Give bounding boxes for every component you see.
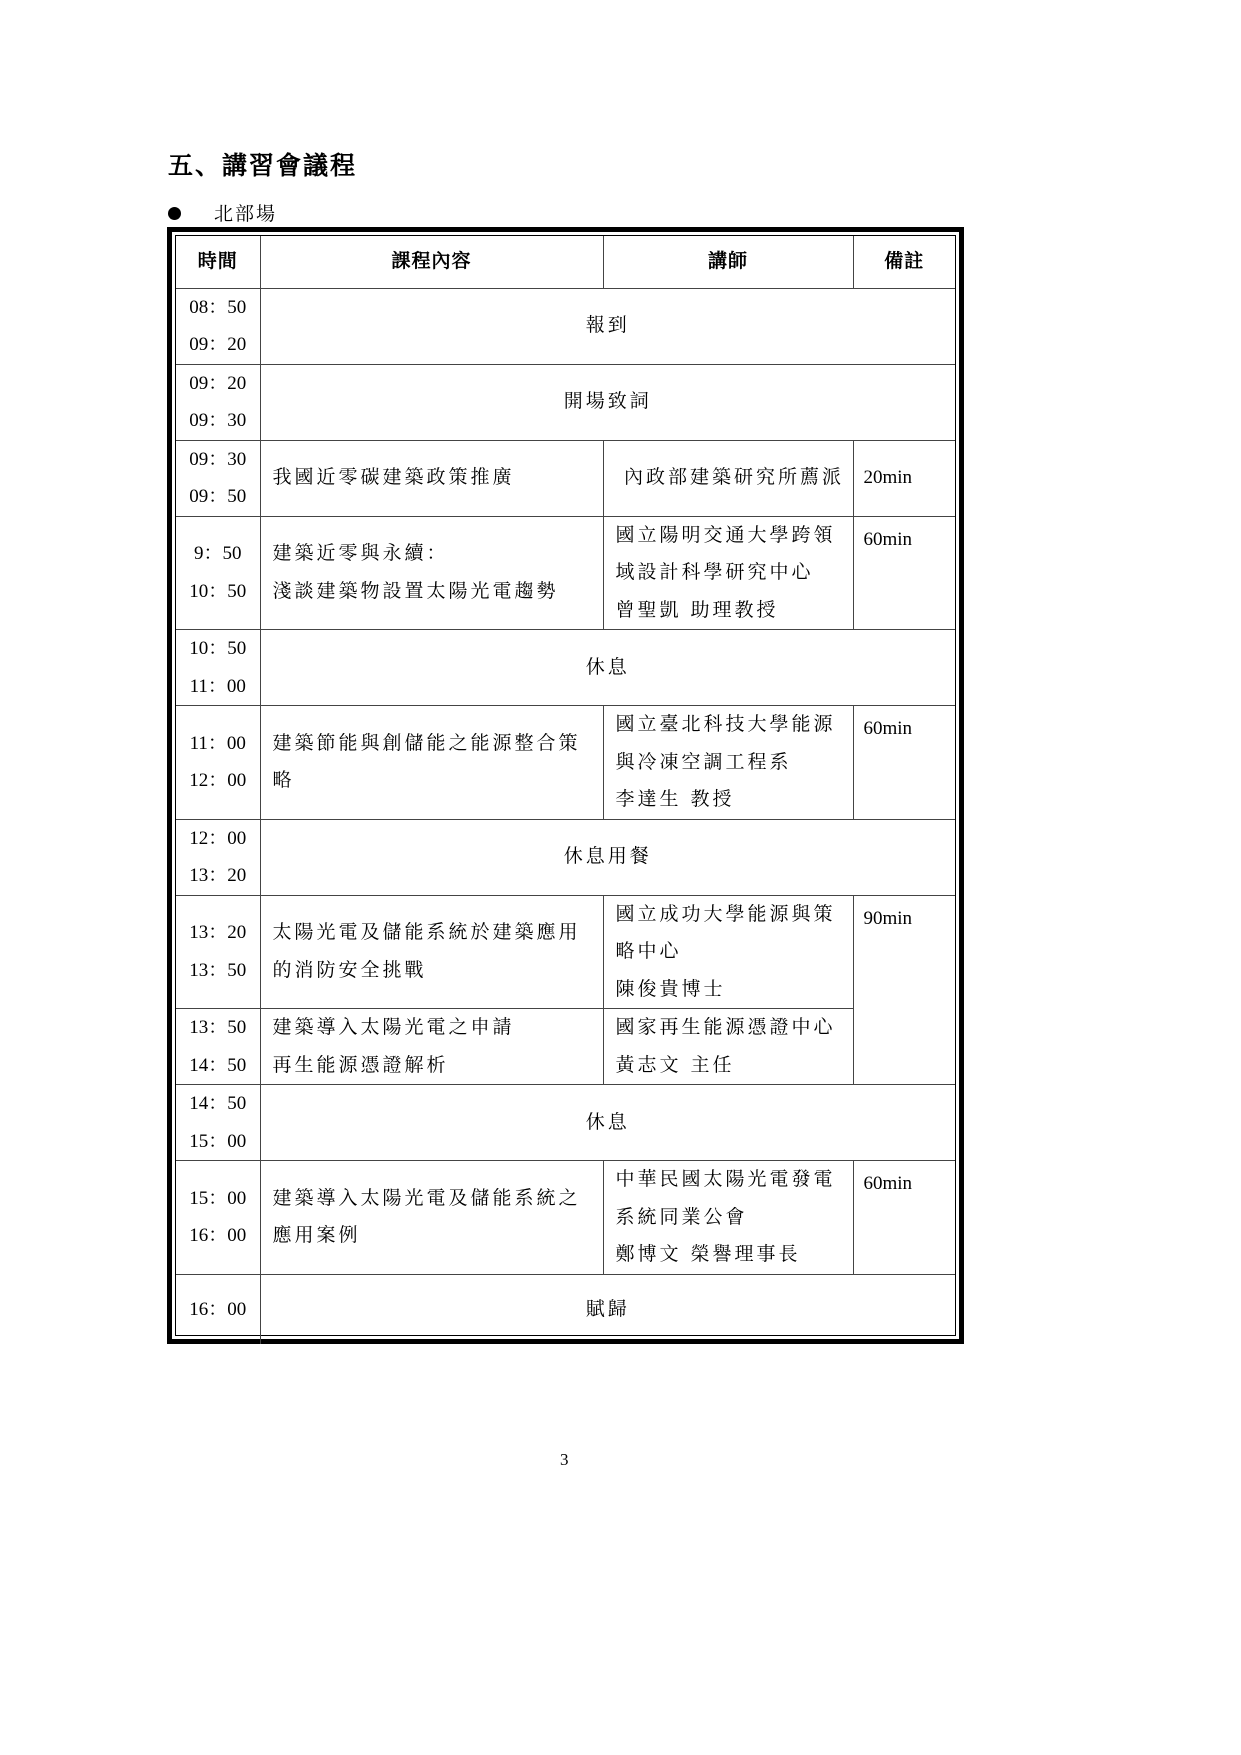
start-time: 13：50 (176, 1009, 260, 1047)
end-time: 12：00 (176, 762, 260, 800)
note-cell: 90min (853, 895, 955, 1085)
start-time: 16：00 (176, 1291, 260, 1329)
course-line: 我國近零碳建築政策推廣 (273, 459, 603, 497)
time-cell: 09：20 09：30 (176, 364, 260, 440)
speaker-line: 李達生 教授 (616, 781, 853, 819)
course-content-cell: 建築導入太陽光電之申請 再生能源憑證解析 (260, 1009, 603, 1085)
speaker-line: 國立臺北科技大學能源 (616, 706, 853, 744)
speaker-line: 國家再生能源憑證中心 (616, 1009, 853, 1047)
note-cell: 60min (853, 706, 955, 820)
table-row: 16：00 賦歸 (176, 1274, 955, 1344)
end-time: 14：50 (176, 1047, 260, 1085)
header-speaker: 講師 (603, 236, 853, 288)
speaker-line: 曾聖凱 助理教授 (616, 592, 853, 630)
course-line: 建築近零與永續： (273, 535, 603, 573)
time-cell: 10：50 11：00 (176, 630, 260, 706)
course-content-cell: 我國近零碳建築政策推廣 (260, 440, 603, 516)
time-cell: 14：50 15：00 (176, 1085, 260, 1161)
course-line: 建築節能與創儲能之能源整合策 (273, 725, 603, 763)
course-line: 建築導入太陽光電及儲能系統之 (273, 1180, 603, 1218)
activity-cell: 休息 (260, 630, 955, 706)
speaker-cell: 內政部建築研究所薦派 (603, 440, 853, 516)
end-time: 13：20 (176, 857, 260, 895)
activity-cell: 報到 (260, 288, 955, 364)
course-line: 淺談建築物設置太陽光電趨勢 (273, 573, 603, 611)
table-row: 13：50 14：50 建築導入太陽光電之申請 再生能源憑證解析 國家再生能源憑… (176, 1009, 955, 1085)
course-content-cell: 建築節能與創儲能之能源整合策 略 (260, 706, 603, 820)
table-row: 15：00 16：00 建築導入太陽光電及儲能系統之 應用案例 中華民國太陽光電… (176, 1161, 955, 1275)
table-row: 09：30 09：50 我國近零碳建築政策推廣 內政部建築研究所薦派 20min (176, 440, 955, 516)
speaker-line: 黃志文 主任 (616, 1047, 853, 1085)
start-time: 14：50 (176, 1085, 260, 1123)
table-row: 13：20 13：50 太陽光電及儲能系統於建築應用 的消防安全挑戰 國立成功大… (176, 895, 955, 1009)
end-time: 11：00 (176, 668, 260, 706)
activity-cell: 開場致詞 (260, 364, 955, 440)
table-row: 10：50 11：00 休息 (176, 630, 955, 706)
time-cell: 13：50 14：50 (176, 1009, 260, 1085)
course-line: 略 (273, 762, 603, 800)
speaker-cell: 中華民國太陽光電發電 系統同業公會 鄭博文 榮譽理事長 (603, 1161, 853, 1275)
time-cell: 13：20 13：50 (176, 895, 260, 1009)
course-line: 建築導入太陽光電之申請 (273, 1009, 603, 1047)
page-number: 3 (560, 1450, 569, 1470)
start-time: 13：20 (176, 914, 260, 952)
speaker-line: 國立成功大學能源與策 (616, 896, 853, 934)
end-time: 15：00 (176, 1123, 260, 1161)
start-time: 11：00 (176, 725, 260, 763)
activity-cell: 休息 (260, 1085, 955, 1161)
course-line: 的消防安全挑戰 (273, 952, 603, 990)
header-content: 課程內容 (260, 236, 603, 288)
speaker-line: 域設計科學研究中心 (616, 554, 853, 592)
table-row: 09：20 09：30 開場致詞 (176, 364, 955, 440)
activity-cell: 賦歸 (260, 1274, 955, 1344)
table-row: 9：50 10：50 建築近零與永續： 淺談建築物設置太陽光電趨勢 國立陽明交通… (176, 516, 955, 630)
start-time: 09：30 (176, 441, 260, 479)
section-heading: 北部場 (168, 199, 277, 226)
time-cell: 15：00 16：00 (176, 1161, 260, 1275)
bullet-icon (168, 207, 181, 220)
course-line: 再生能源憑證解析 (273, 1047, 603, 1085)
speaker-line: 內政部建築研究所薦派 (616, 459, 853, 497)
speaker-line: 與冷凍空調工程系 (616, 744, 853, 782)
end-time: 09：20 (176, 326, 260, 364)
speaker-cell: 國立臺北科技大學能源 與冷凍空調工程系 李達生 教授 (603, 706, 853, 820)
table-header-row: 時間 課程內容 講師 備註 (176, 236, 955, 288)
end-time: 13：50 (176, 952, 260, 990)
start-time: 15：00 (176, 1180, 260, 1218)
time-cell: 9：50 10：50 (176, 516, 260, 630)
speaker-line: 略中心 (616, 933, 853, 971)
table-row: 11：00 12：00 建築節能與創儲能之能源整合策 略 國立臺北科技大學能源 … (176, 706, 955, 820)
table-row: 12：00 13：20 休息用餐 (176, 819, 955, 895)
note-cell: 60min (853, 1161, 955, 1275)
speaker-cell: 國立陽明交通大學跨領 域設計科學研究中心 曾聖凱 助理教授 (603, 516, 853, 630)
speaker-cell: 國立成功大學能源與策 略中心 陳俊貴博士 (603, 895, 853, 1009)
end-time: 10：50 (176, 573, 260, 611)
course-content-cell: 太陽光電及儲能系統於建築應用 的消防安全挑戰 (260, 895, 603, 1009)
speaker-cell: 國家再生能源憑證中心 黃志文 主任 (603, 1009, 853, 1085)
start-time: 10：50 (176, 630, 260, 668)
speaker-line: 鄭博文 榮譽理事長 (616, 1236, 853, 1274)
table-row: 08：50 09：20 報到 (176, 288, 955, 364)
note-cell: 20min (853, 440, 955, 516)
start-time: 09：20 (176, 365, 260, 403)
start-time: 12：00 (176, 820, 260, 858)
speaker-line: 陳俊貴博士 (616, 971, 853, 1009)
agenda-table: 時間 課程內容 講師 備註 08：50 09：20 報到 09：20 09：30 (176, 236, 955, 1344)
speaker-line: 國立陽明交通大學跨領 (616, 517, 853, 555)
header-note: 備註 (853, 236, 955, 288)
page-title: 五、講習會議程 (168, 146, 357, 182)
speaker-line: 系統同業公會 (616, 1199, 853, 1237)
note-cell: 60min (853, 516, 955, 630)
end-time: 09：50 (176, 478, 260, 516)
course-content-cell: 建築近零與永續： 淺談建築物設置太陽光電趨勢 (260, 516, 603, 630)
header-time: 時間 (176, 236, 260, 288)
start-time: 08：50 (176, 289, 260, 327)
course-content-cell: 建築導入太陽光電及儲能系統之 應用案例 (260, 1161, 603, 1275)
agenda-table-frame: 時間 課程內容 講師 備註 08：50 09：20 報到 09：20 09：30 (167, 227, 964, 1344)
time-cell: 09：30 09：50 (176, 440, 260, 516)
time-cell: 16：00 (176, 1274, 260, 1344)
table-row: 14：50 15：00 休息 (176, 1085, 955, 1161)
start-time: 9：50 (176, 535, 260, 573)
speaker-line: 中華民國太陽光電發電 (616, 1161, 853, 1199)
time-cell: 08：50 09：20 (176, 288, 260, 364)
activity-cell: 休息用餐 (260, 819, 955, 895)
course-line: 應用案例 (273, 1217, 603, 1255)
section-label: 北部場 (214, 199, 277, 226)
course-line: 太陽光電及儲能系統於建築應用 (273, 914, 603, 952)
end-time: 09：30 (176, 402, 260, 440)
end-time: 16：00 (176, 1217, 260, 1255)
time-cell: 11：00 12：00 (176, 706, 260, 820)
time-cell: 12：00 13：20 (176, 819, 260, 895)
